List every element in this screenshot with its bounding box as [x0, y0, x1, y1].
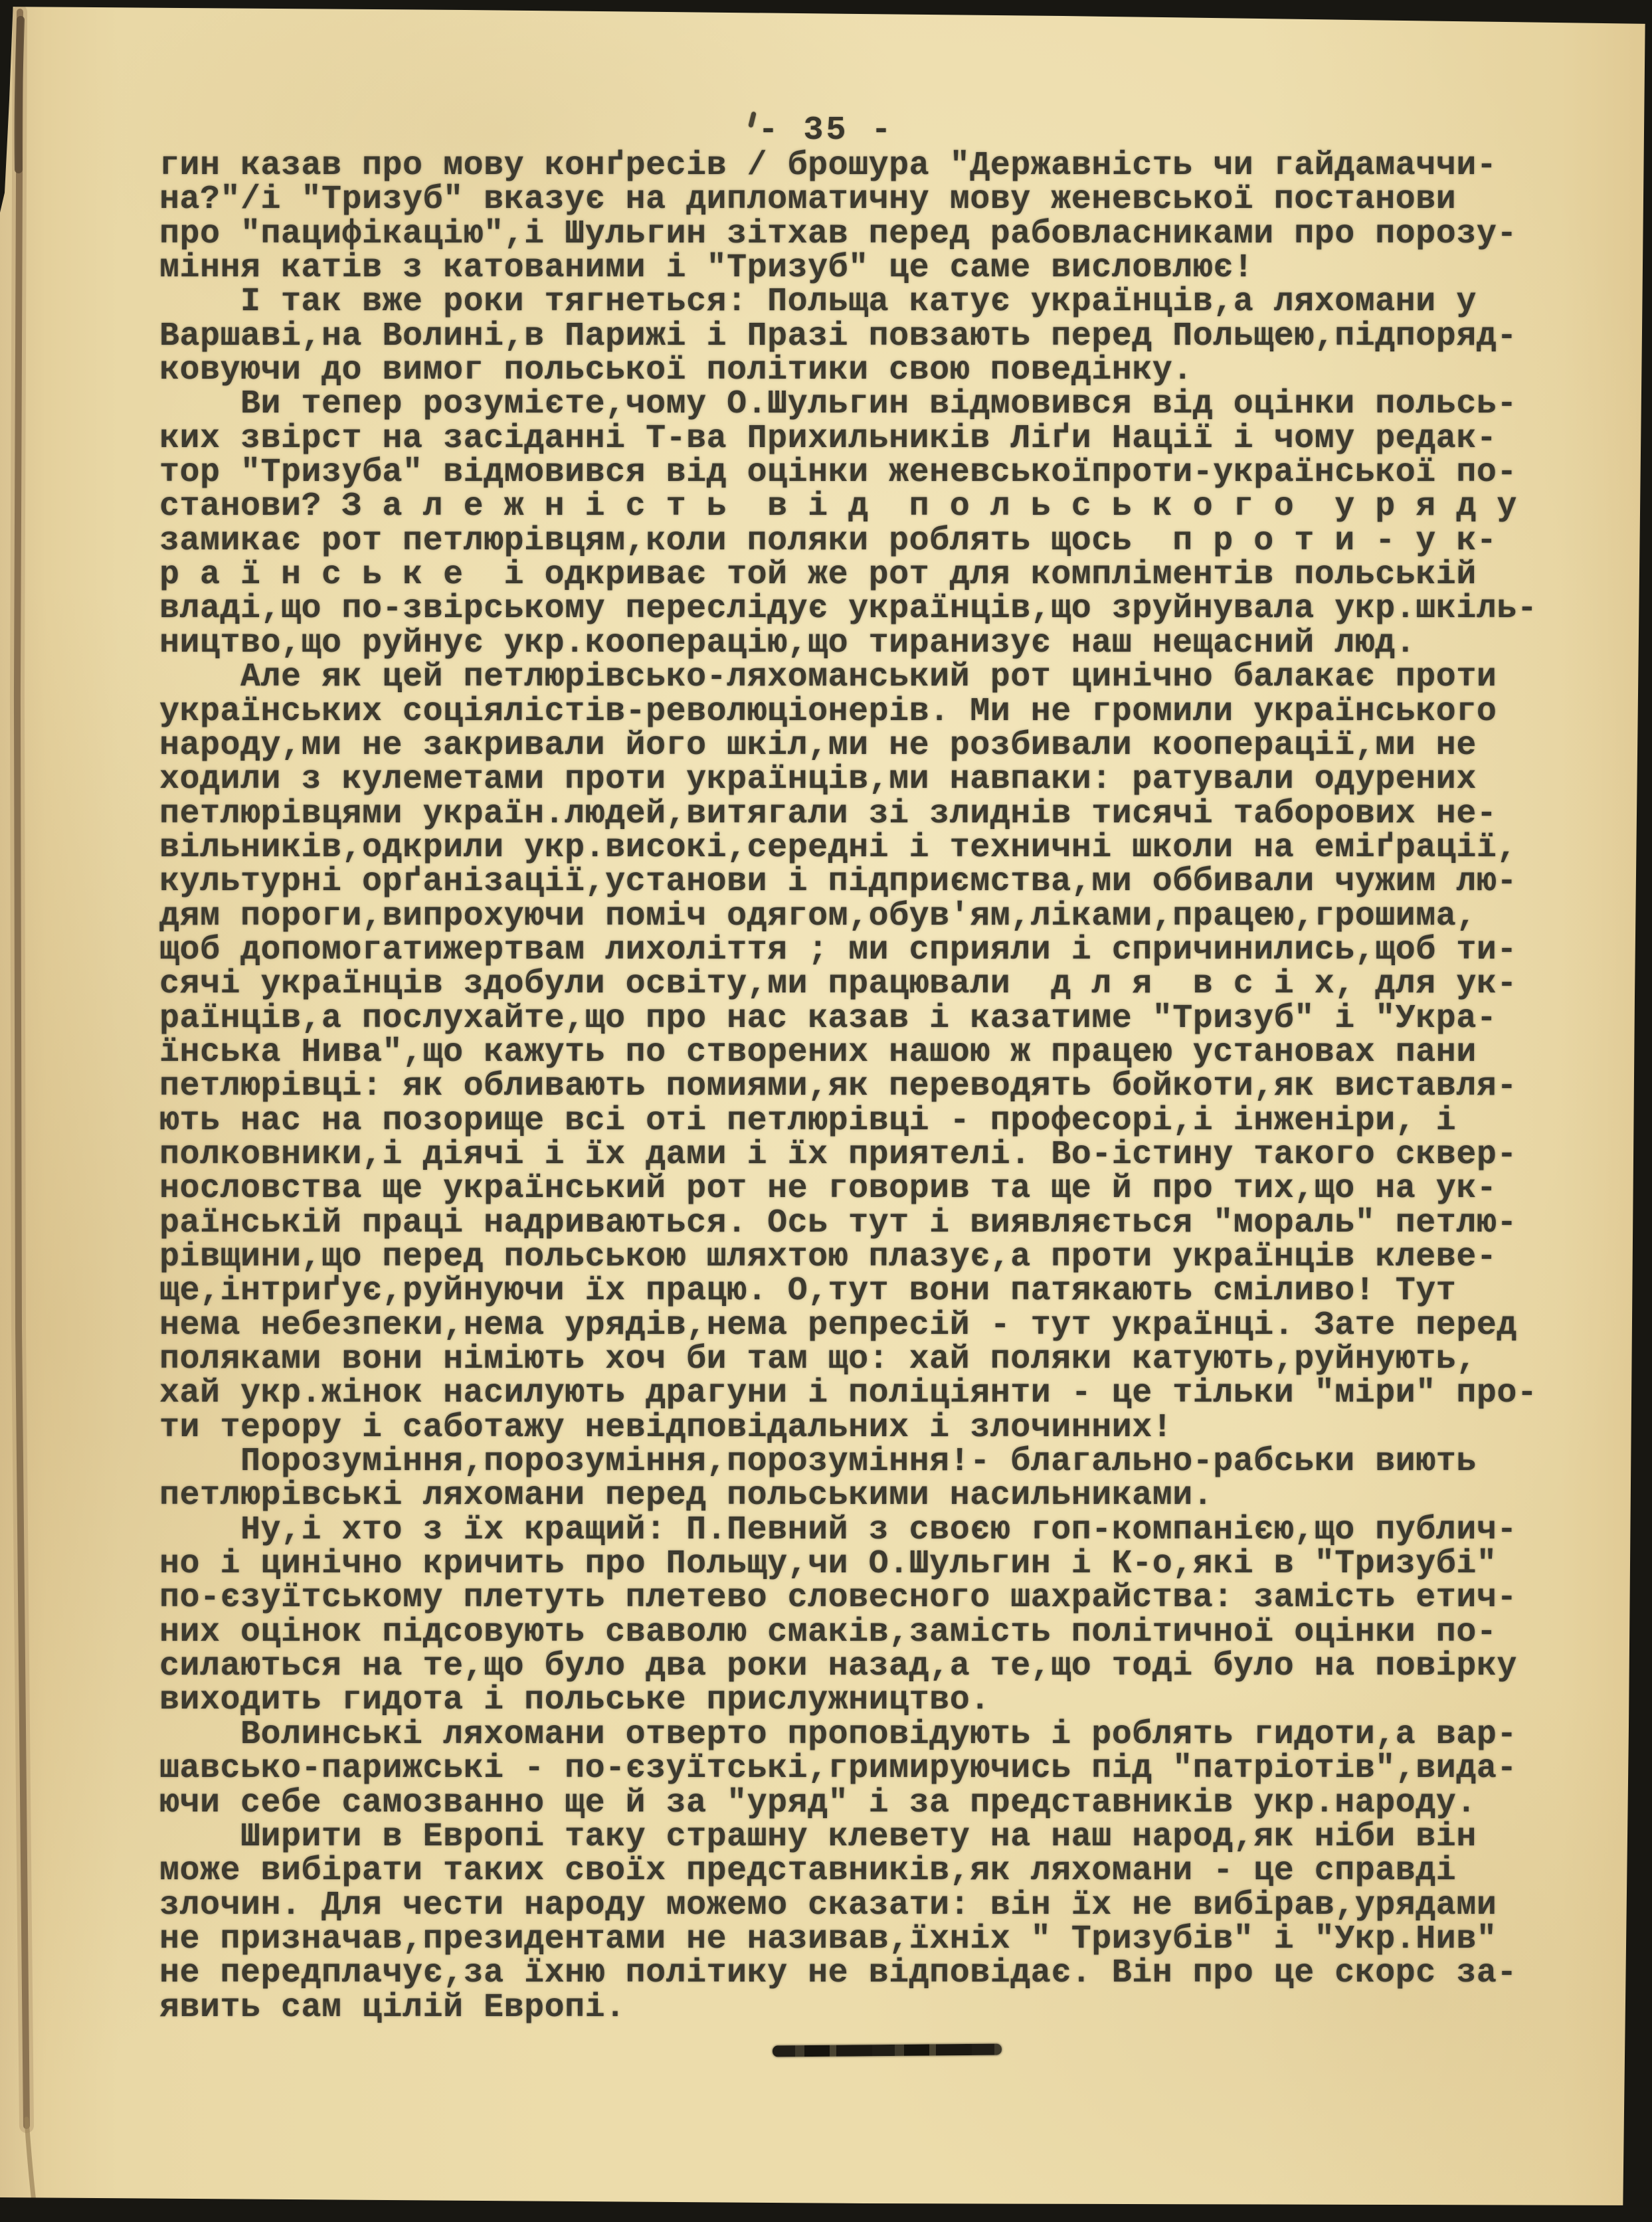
text-line: р а ї н с ь к е і одкриває той же рот дл… — [159, 558, 1574, 592]
text-line: гин казав про мову конґресів / брошура "… — [159, 149, 1574, 183]
text-line: щоб допомогатижертвам лихоліття ; ми спр… — [159, 933, 1574, 967]
text-line: петлюрівські ляхомани перед польськими н… — [159, 1479, 1574, 1513]
text-line: не передплачує,за їхню політику не відпо… — [159, 1956, 1574, 1990]
text-line: станови? З а л е ж н і с т ь в і д п о л… — [159, 490, 1574, 523]
text-line: Ну,і хто з їх кращий: П.Певний з своєю г… — [159, 1513, 1574, 1547]
text-line: хай укр.жінок насилують драгуни і поліці… — [159, 1376, 1574, 1410]
text-line: ництво,що руйнує укр.кооперацію,що тиран… — [159, 626, 1574, 660]
text-line: ще,інтриґує,руйнуючи їх працю. О,тут вон… — [159, 1274, 1574, 1308]
text-line: Ви тепер розумієте,чому О.Шульгин відмов… — [159, 387, 1574, 421]
text-line: рівщини,що перед польською шляхтою плазу… — [159, 1240, 1574, 1274]
text-line: не призначав,президентами не називав,їхн… — [159, 1922, 1574, 1956]
text-line: І так вже роки тягнеться: Польща катує у… — [159, 285, 1574, 319]
document-page: - 35 - гин казав про мову конґресів / бр… — [0, 0, 1652, 2222]
text-line: владі,що по-звірському переслідує україн… — [159, 592, 1574, 626]
text-line: ковуючи до вимог польської політики свою… — [159, 353, 1574, 387]
text-line: но і цинічно кричить про Польщу,чи О.Шул… — [159, 1547, 1574, 1581]
text-line: міння катів з катованими і "Тризуб" це с… — [159, 251, 1574, 285]
text-line: народу,ми не закривали його шкіл,ми не р… — [159, 729, 1574, 763]
text-line: раїнській праці надриваються. Ось тут і … — [159, 1206, 1574, 1240]
text-line: силаються на те,що було два роки назад,а… — [159, 1649, 1574, 1683]
text-line: виходить гидота і польське прислужництво… — [159, 1683, 1574, 1717]
text-line: українських соціялістів-революціонерів. … — [159, 695, 1574, 729]
text-line: Ширити в Европі таку страшну клевету на … — [159, 1820, 1574, 1854]
text-line: петлюрівці: як обливають помиями,як пере… — [159, 1069, 1574, 1103]
text-line: полковники,і діячі і їх дами і їх прияте… — [159, 1138, 1574, 1172]
text-line: злочин. Для чести народу можемо сказати:… — [159, 1889, 1574, 1922]
text-line: замикає рот петлюрівцям,коли поляки робл… — [159, 524, 1574, 558]
typewritten-text: гин казав про мову конґресів / брошура "… — [159, 149, 1574, 2025]
text-line: сячі українців здобули освіту,ми працюва… — [159, 967, 1574, 1001]
text-line: ючи себе самозванно ще й за "уряд" і за … — [159, 1786, 1574, 1820]
text-line: Але як цей петлюрівсько-ляхоманський рот… — [159, 660, 1574, 694]
text-line: по-єзуїтському плетуть плетево словесног… — [159, 1581, 1574, 1615]
text-line: Порозуміння,порозуміння,порозуміння!- бл… — [159, 1445, 1574, 1479]
text-line: дям пороги,випрохуючи поміч одягом,обув'… — [159, 899, 1574, 933]
text-line: може вибірати таких своїх представників,… — [159, 1854, 1574, 1888]
text-line: них оцінок підсовують сваволю смаків,зам… — [159, 1616, 1574, 1649]
text-line: про "пацифікацію",і Шульгин зітхав перед… — [159, 217, 1574, 251]
text-line: явить сам цілій Европі. — [159, 1991, 1574, 2025]
text-line: ких звірст на засіданні Т-ва Прихильникі… — [159, 422, 1574, 456]
text-line: петлюрівцями україн.людей,витягали зі зл… — [159, 797, 1574, 831]
text-line: Волинські ляхомани отверто проповідують … — [159, 1718, 1574, 1752]
text-line: їнська Нива",що кажуть по створених нашо… — [159, 1036, 1574, 1069]
text-line: Варшаві,на Волині,в Парижі і Празі повза… — [159, 320, 1574, 353]
text-line: поляками вони німіють хоч би там що: хай… — [159, 1342, 1574, 1376]
text-line: нема небезпеки,нема урядів,нема репресій… — [159, 1309, 1574, 1342]
text-line: ходили з кулеметами проти українців,ми н… — [159, 763, 1574, 796]
strikeout-scribble — [773, 2043, 1002, 2057]
text-line: тор "Тризуба" відмовився від оцінки жене… — [159, 456, 1574, 490]
text-line: ють нас на позорище всі оті петлюрівці -… — [159, 1104, 1574, 1138]
text-line: культурні орґанізації,установи і підприє… — [159, 865, 1574, 899]
page-number: - 35 - — [0, 112, 1652, 149]
text-line: на?"/і "Тризуб" вказує на дипломатичну м… — [159, 183, 1574, 217]
text-line: раїнців,а послухайте,що про нас казав і … — [159, 1002, 1574, 1036]
text-line: ти терору і саботажу невідповідальних і … — [159, 1411, 1574, 1445]
text-line: шавсько-парижські - по-єзуїтські,гримиру… — [159, 1752, 1574, 1786]
text-line: вільників,одкрили укр.високі,середні і т… — [159, 831, 1574, 865]
text-line: нословства ще український рот не говорив… — [159, 1172, 1574, 1206]
